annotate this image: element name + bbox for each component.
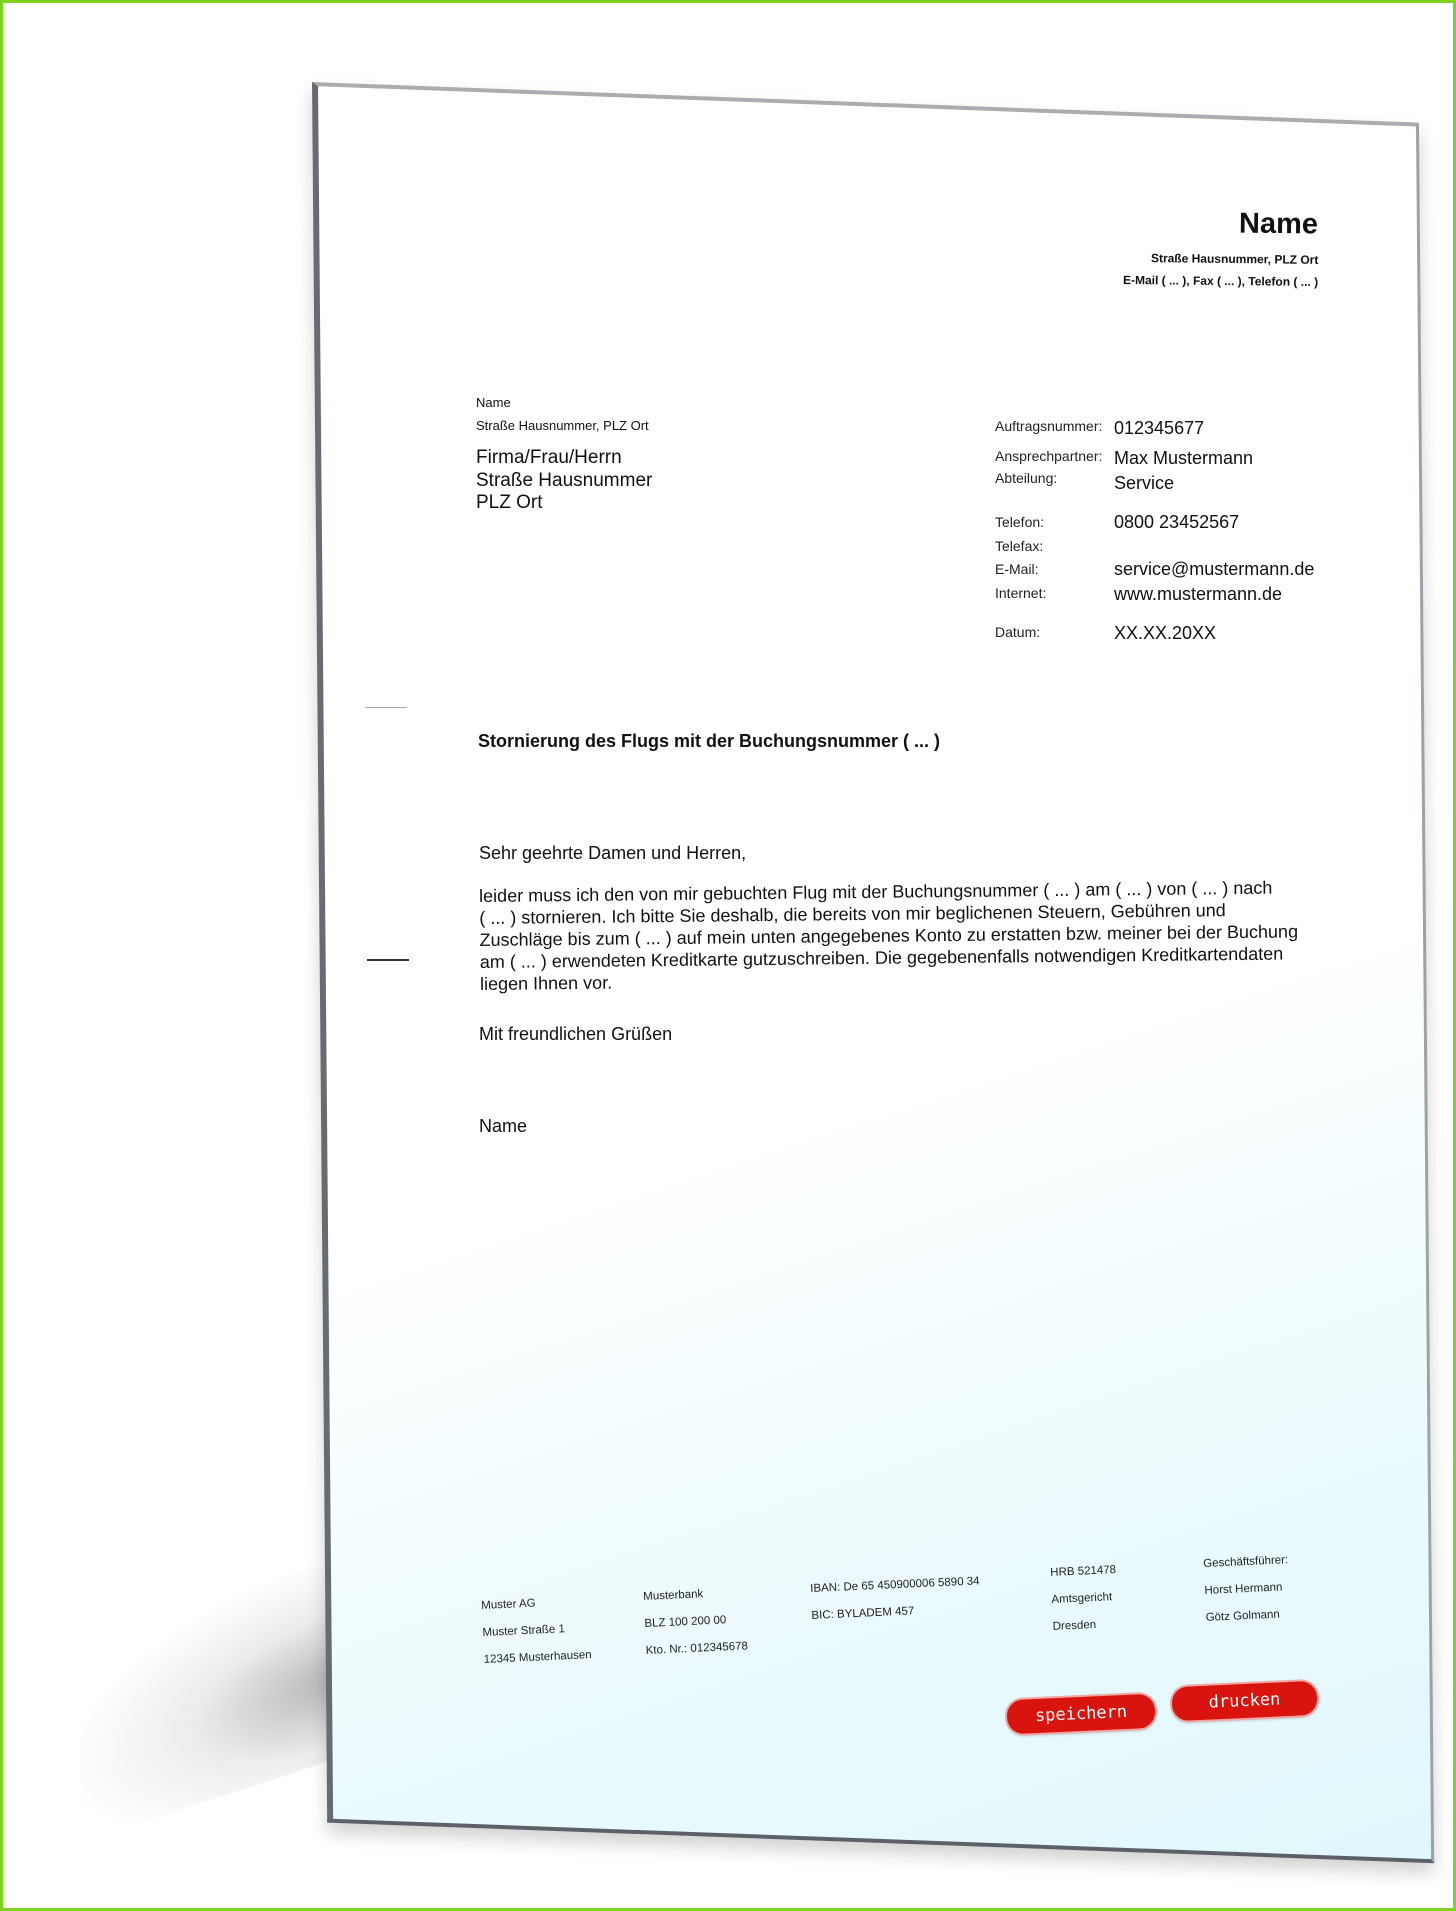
footer-manager-2: Götz Golmann	[1205, 1608, 1290, 1624]
footer-bank: Musterbank BLZ 100 200 00 Kto. Nr.: 0123…	[643, 1586, 749, 1672]
info-value-internet: www.mustermann.de	[1114, 584, 1282, 605]
letter-content: Name Straße Hausnummer, PLZ Ort E-Mail (…	[0, 0, 1456, 1911]
info-value-email: service@mustermann.de	[1114, 559, 1314, 580]
footer-manager-1: Horst Hermann	[1204, 1581, 1289, 1597]
save-button[interactable]: speichern	[1006, 1694, 1155, 1735]
info-label-date: Datum:	[995, 624, 1040, 640]
recipient-line-2: Straße Hausnummer	[476, 470, 652, 492]
footer-court: Amtsgericht	[1051, 1591, 1117, 1606]
return-name: Name	[476, 395, 511, 410]
footer-bank-blz: BLZ 100 200 00	[644, 1613, 747, 1630]
footer-company-city: 12345 Musterhausen	[483, 1649, 591, 1666]
info-value-phone: 0800 23452567	[1114, 512, 1239, 533]
print-button[interactable]: drucken	[1171, 1681, 1317, 1722]
fold-mark-middle	[367, 959, 409, 961]
info-label-contact: Ansprechpartner:	[995, 448, 1102, 464]
info-label-phone: Telefon:	[995, 514, 1044, 530]
sender-address: Straße Hausnummer, PLZ Ort	[1151, 251, 1319, 267]
info-label-fax: Telefax:	[995, 538, 1043, 554]
footer-bic: BIC: BYLADEM 457	[811, 1602, 981, 1622]
footer-management: Geschäftsführer: Horst Hermann Götz Golm…	[1203, 1554, 1292, 1639]
sender-name: Name	[1239, 208, 1318, 242]
info-label-email: E-Mail:	[995, 561, 1039, 577]
return-address: Straße Hausnummer, PLZ Ort	[476, 418, 649, 433]
footer-court-city: Dresden	[1052, 1618, 1118, 1633]
info-label-order: Auftragsnummer:	[995, 418, 1102, 434]
body-paragraph: leider muss ich den von mir gebuchten Fl…	[479, 876, 1299, 995]
info-label-department: Abteilung:	[995, 470, 1057, 486]
footer-bank-account: Kto. Nr.: 012345678	[645, 1640, 748, 1657]
info-value-date: XX.XX.20XX	[1114, 623, 1216, 644]
footer-company: Muster AG Muster Straße 1 12345 Musterha…	[481, 1595, 593, 1681]
recipient-line-1: Firma/Frau/Herrn	[476, 447, 622, 469]
footer-company-name: Muster AG	[481, 1595, 589, 1612]
footer-iban: IBAN: De 65 450900006 5890 34 BIC: BYLAD…	[810, 1575, 982, 1637]
info-value-contact: Max Mustermann	[1114, 448, 1253, 469]
recipient-line-3: PLZ Ort	[476, 492, 543, 514]
footer-iban-number: IBAN: De 65 450900006 5890 34	[810, 1575, 980, 1595]
footer-register: HRB 521478 Amtsgericht Dresden	[1050, 1564, 1119, 1648]
fold-mark-top	[365, 707, 407, 708]
info-value-department: Service	[1114, 473, 1174, 494]
info-label-internet: Internet:	[995, 585, 1046, 601]
sender-contact: E-Mail ( ... ), Fax ( ... ), Telefon ( .…	[1123, 273, 1318, 289]
footer-management-label: Geschäftsführer:	[1203, 1554, 1288, 1570]
closing: Mit freundlichen Grüßen	[479, 1023, 672, 1045]
footer-bank-name: Musterbank	[643, 1586, 746, 1603]
footer-company-street: Muster Straße 1	[482, 1622, 590, 1639]
footer-hrb: HRB 521478	[1050, 1564, 1116, 1579]
info-value-order: 012345677	[1114, 418, 1204, 439]
signature-name: Name	[479, 1115, 527, 1137]
salutation: Sehr geehrte Damen und Herren,	[479, 842, 746, 864]
letter-subject: Stornierung des Flugs mit der Buchungsnu…	[478, 731, 940, 752]
